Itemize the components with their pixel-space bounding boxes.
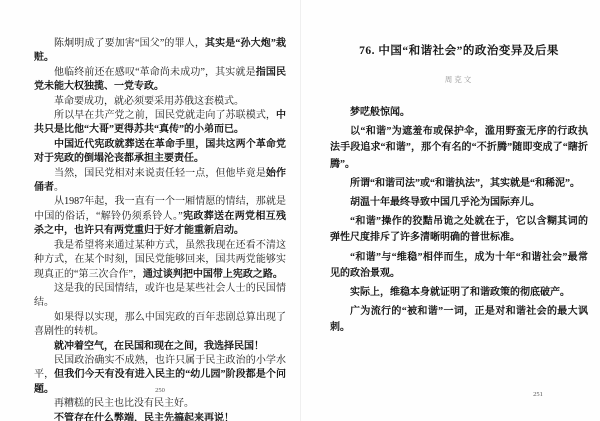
text-run: 再糟糕的民主也比没有民主好。	[54, 398, 194, 409]
bold-text-run: 所谓“和谐司法”或“和谐执法”，其实就是“和稀泥”。	[350, 178, 580, 189]
text-run: 如果得以实现，那么中国宪政的百年悲剧总算出现了喜剧性的转机。	[34, 312, 286, 337]
text-run: 。	[54, 182, 64, 193]
bold-text-run: 梦呓般惊闻。	[350, 107, 410, 118]
paragraph: 从1987年起，我一直有一个一厢情愿的情结，那就是中国的俗话，“解铃仍须系铃人。…	[34, 195, 286, 238]
paragraph: 我是希望将来通过某种方式，虽然我现在还看不清这种方式，在某个时刻，国民党能够回来…	[34, 239, 286, 282]
bold-text-run: 中国近代宪政就葬送在革命手里，国共这两个革命党对于宪政的倒塌沦丧都承担主要责任。	[34, 139, 286, 164]
text-run: 他临终前还在感叹“革命尚未成功”，其实就是	[54, 67, 256, 78]
bold-text-run: 通过谈判把中国带上宪政之路。	[143, 269, 283, 280]
paragraph: 梦呓般惊闻。	[330, 105, 588, 121]
paragraph: 革命要成功，就必须要采用苏俄这套模式。	[34, 95, 286, 109]
paragraph: 如果得以实现，那么中国宪政的百年悲剧总算出现了喜剧性的转机。	[34, 311, 286, 340]
paragraph: “和谐”与“维稳”相伴而生，成为十年“和谐社会”最常见的政治景观。	[330, 250, 588, 282]
bold-text-run: 不管存在什么弊端，民主先搞起来再说！	[54, 413, 234, 421]
bold-text-run: 广为流行的“被和谐”一词，正是对和谐社会的最大讽刺。	[330, 306, 588, 333]
paragraph: 以“和谐”为遮羞布或保护伞，滥用野蛮无序的行政执法手段追求“和谐”，那个有名的“…	[330, 124, 588, 173]
paragraph: 所以早在共产党之前，国民党就走向了苏联模式，中共只是比他“大哥”更得苏共“真传”…	[34, 109, 286, 138]
bold-text-run: 胡温十年最终导致中国几乎沦为国际弃儿。	[350, 197, 540, 208]
essay-title: 76. 中国“和谐社会”的政治变异及后果	[330, 42, 588, 58]
text-run: 陈炯明成了要加害“国父”的罪人，	[54, 38, 205, 49]
text-run: 革命要成功，就必须要采用苏俄这套模式。	[54, 96, 244, 107]
left-page-paragraph-list: 陈炯明成了要加害“国父”的罪人，其实是“孙大炮”栽赃。他临终前还在感叹“革命尚未…	[34, 37, 286, 421]
paragraph: 就冲着空气，在民国和现在之间，我选择民国！	[34, 340, 286, 354]
paragraph: 他临终前还在感叹“革命尚未成功”，其实就是指国民党未能大权独揽、一党专政。	[34, 66, 286, 95]
bold-text-run: “和谐”操作的狡黠吊诡之处就在于，它以含糊其词的弹性尺度排斥了许多清晰明确的普世…	[330, 216, 588, 243]
paragraph: 胡温十年最终导致中国几乎沦为国际弃儿。	[330, 195, 588, 211]
paragraph: 这是我的民国情结，或许也是某些社会人士的民国情结。	[34, 282, 286, 311]
paragraph: 实际上，维稳本身就证明了和谐政策的彻底破产。	[330, 285, 588, 301]
paragraph: “和谐”操作的狡黠吊诡之处就在于，它以含糊其词的弹性尺度排斥了许多清晰明确的普世…	[330, 214, 588, 246]
book-spread: 陈炯明成了要加害“国父”的罪人，其实是“孙大炮”栽赃。他临终前还在感叹“革命尚未…	[0, 0, 600, 421]
bold-text-run: “和谐”与“维稳”相伴而生，成为十年“和谐社会”最常见的政治景观。	[330, 252, 588, 279]
right-page-number: 251	[516, 391, 560, 398]
bold-text-run: 以“和谐”为遮羞布或保护伞，滥用野蛮无序的行政执法手段追求“和谐”，那个有名的“…	[330, 126, 588, 169]
paragraph: 陈炯明成了要加害“国父”的罪人，其实是“孙大炮”栽赃。	[34, 37, 286, 66]
paragraph: 广为流行的“被和谐”一词，正是对和谐社会的最大讽刺。	[330, 304, 588, 336]
left-page-number: 250	[138, 387, 182, 394]
left-page: 陈炯明成了要加害“国父”的罪人，其实是“孙大炮”栽赃。他临终前还在感叹“革命尚未…	[34, 37, 286, 421]
text-run: 当然，国民党相对来说责任轻一点，但他毕竟是	[54, 168, 266, 179]
bold-text-run: 实际上，维稳本身就证明了和谐政策的彻底破产。	[350, 287, 570, 298]
right-page: 76. 中国“和谐社会”的政治变异及后果 周克文 梦呓般惊闻。以“和谐”为遮羞布…	[330, 20, 588, 340]
text-run: 所以早在共产党之前，国民党就走向了苏联模式，	[54, 110, 276, 121]
right-page-paragraph-list: 梦呓般惊闻。以“和谐”为遮羞布或保护伞，滥用野蛮无序的行政执法手段追求“和谐”，…	[330, 105, 588, 337]
paragraph: 所谓“和谐司法”或“和谐执法”，其实就是“和稀泥”。	[330, 176, 588, 192]
bold-text-run: 就冲着空气，在民国和现在之间，我选择民国！	[54, 341, 264, 352]
essay-author: 周克文	[330, 74, 588, 85]
text-run: 这是我的民国情结，或许也是某些社会人士的民国情结。	[34, 283, 286, 308]
paragraph: 不管存在什么弊端，民主先搞起来再说！	[34, 412, 286, 421]
paragraph: 当然，国民党相对来说责任轻一点，但他毕竟是始作俑者。	[34, 167, 286, 196]
page-gutter-divider	[300, 0, 301, 421]
paragraph: 再糟糕的民主也比没有民主好。	[34, 397, 286, 411]
paragraph: 中国近代宪政就葬送在革命手里，国共这两个革命党对于宪政的倒塌沦丧都承担主要责任。	[34, 138, 286, 167]
